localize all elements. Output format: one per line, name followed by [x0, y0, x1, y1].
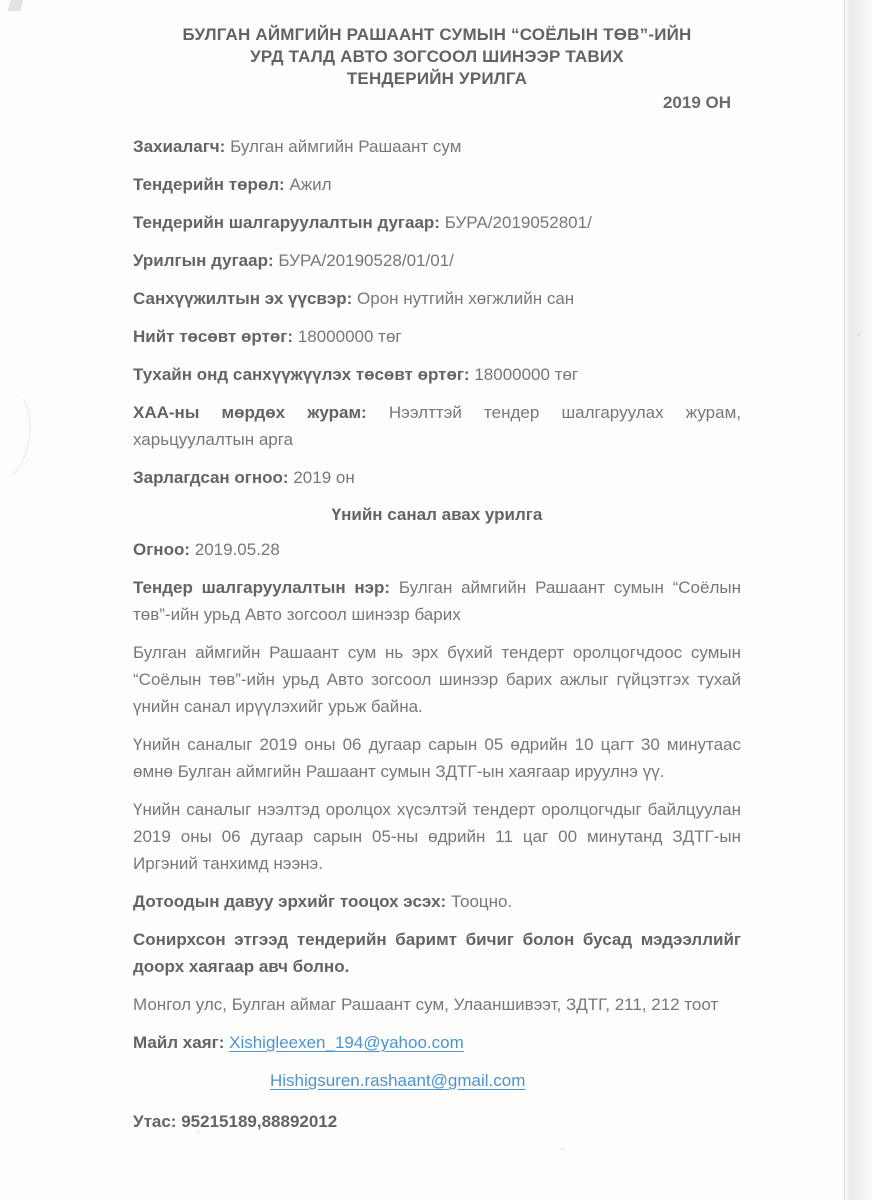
field-row-domestic-preference: Дотоодын давуу эрхийг тооцох эсэх: Тооцн…	[133, 888, 741, 915]
field-label: Дотоодын давуу эрхийг тооцох эсэх:	[133, 892, 446, 911]
body-paragraph-invitation: Булган аймгийн Рашаант сум нь эрх бүхий …	[133, 639, 741, 720]
field-label: Санхүүжилтын эх үүсвэр:	[133, 289, 352, 308]
field-row-customer: Захиалагч: Булган аймгийн Рашаант сум	[133, 133, 741, 160]
scan-speck	[560, 1148, 565, 1150]
field-label: ХАА-ны мөрдөх журам:	[133, 403, 367, 422]
field-row-year-budget: Тухайн онд санхүүжүүлэх төсөвт өртөг: 18…	[133, 361, 741, 388]
field-label: Тендер шалгаруулалтын нэр:	[133, 578, 390, 597]
scan-corner-artifact	[8, 0, 24, 11]
address-paragraph: Монгол улс, Булган аймаг Рашаант сум, Ул…	[133, 991, 741, 1018]
title-line-3: ТЕНДЕРИЙН УРИЛГА	[133, 68, 741, 90]
field-value: Тооцно.	[451, 892, 512, 911]
document-title: БУЛГАН АЙМГИЙН РАШААНТ СУМЫН “СОЁЛЫН ТӨВ…	[133, 24, 741, 90]
field-row-invitation-number: Урилгын дугаар: БУРА/20190528/01/01/	[133, 247, 741, 274]
scanned-document-page: БУЛГАН АЙМГИЙН РАШААНТ СУМЫН “СОЁЛЫН ТӨВ…	[0, 0, 872, 1200]
field-value: БУРА/2019052801/	[445, 213, 592, 232]
field-row-selection-number: Тендерийн шалгаруулалтын дугаар: БУРА/20…	[133, 209, 741, 236]
field-value: БУРА/20190528/01/01/	[278, 251, 453, 270]
scan-edge-shadow	[844, 0, 872, 1200]
field-value: 2019.05.28	[195, 540, 280, 559]
section-heading-price-quote: Үнийн санал авах урилга	[133, 505, 741, 525]
field-row-tender-type: Тендерийн төрөл: Ажил	[133, 171, 741, 198]
field-value: Ажил	[289, 175, 331, 194]
field-label: Нийт төсөвт өртөг:	[133, 327, 293, 346]
title-line-2: УРД ТАЛД АВТО ЗОГСООЛ ШИНЭЭР ТАВИХ	[133, 46, 741, 68]
field-row-date: Огноо: 2019.05.28	[133, 536, 741, 563]
field-label: Тендерийн шалгаруулалтын дугаар:	[133, 213, 440, 232]
field-label: Зарлагдсан огноо:	[133, 468, 289, 487]
email-row: Майл хаяг: Xishigleexen_194@yahoo.com	[133, 1029, 741, 1056]
scan-speck	[857, 333, 861, 336]
phone-label: Утас:	[133, 1112, 176, 1131]
notice-paragraph: Сонирхсон этгээд тендерийн баримт бичиг …	[133, 926, 741, 980]
email-label: Майл хаяг:	[133, 1033, 224, 1052]
field-row-announced-date: Зарлагдсан огноо: 2019 он	[133, 464, 741, 491]
paper-fold-artifact	[0, 379, 37, 489]
field-row-tender-name: Тендер шалгаруулалтын нэр: Булган аймгий…	[133, 574, 741, 628]
field-value: 18000000 төг	[474, 365, 578, 384]
body-paragraph-submission-deadline: Үнийн саналыг 2019 оны 06 дугаар сарын 0…	[133, 731, 741, 785]
document-content: БУЛГАН АЙМГИЙН РАШААНТ СУМЫН “СОЁЛЫН ТӨВ…	[133, 24, 741, 1146]
field-label: Тендерийн төрөл:	[133, 175, 285, 194]
field-row-procedure: ХАА-ны мөрдөх журам: Нээлттэй тендер шал…	[133, 399, 741, 453]
body-paragraph-opening: Үнийн саналыг нээлтэд оролцох хүсэлтэй т…	[133, 796, 741, 877]
field-value: 2019 он	[293, 468, 354, 487]
title-line-1: БУЛГАН АЙМГИЙН РАШААНТ СУМЫН “СОЁЛЫН ТӨВ…	[133, 24, 741, 46]
field-label: Урилгын дугаар:	[133, 251, 274, 270]
field-row-total-budget: Нийт төсөвт өртөг: 18000000 төг	[133, 323, 741, 350]
document-year: 2019 ОН	[133, 93, 731, 113]
email-link-yahoo[interactable]: Xishigleexen_194@yahoo.com	[229, 1033, 464, 1052]
field-row-funding-source: Санхүүжилтын эх үүсвэр: Орон нутгийн хөг…	[133, 285, 741, 312]
field-label: Тухайн онд санхүүжүүлэх төсөвт өртөг:	[133, 365, 470, 384]
field-label: Захиалагч:	[133, 137, 225, 156]
field-value: Булган аймгийн Рашаант сум	[230, 137, 461, 156]
phone-value: 95215189,88892012	[181, 1112, 337, 1131]
field-label: Огноо:	[133, 540, 190, 559]
field-value: 18000000 төг	[298, 327, 402, 346]
email-row-2: Hishigsuren.rashaant@gmail.com	[270, 1067, 741, 1094]
email-link-gmail[interactable]: Hishigsuren.rashaant@gmail.com	[270, 1071, 525, 1090]
field-value: Орон нутгийн хөгжлийн сан	[357, 289, 574, 308]
phone-row: Утас: 95215189,88892012	[133, 1108, 741, 1135]
